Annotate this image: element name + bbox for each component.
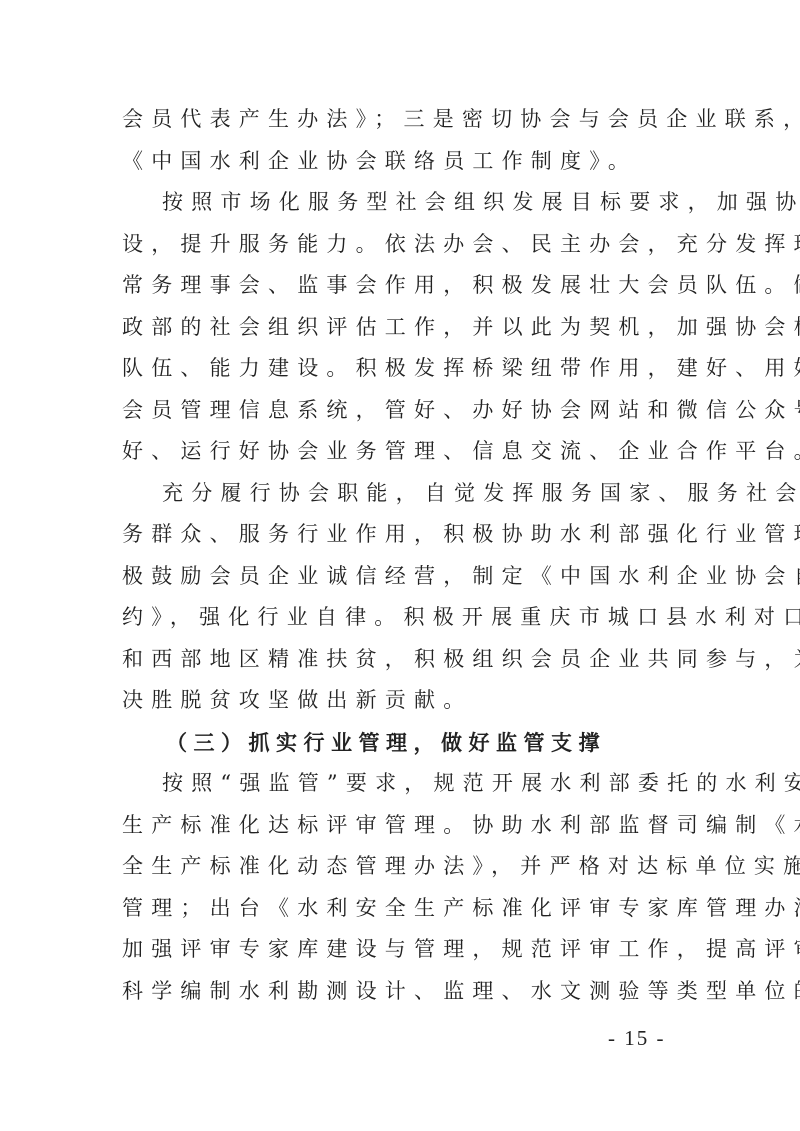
text-line: 约》，强化行业自律。积极开展重庆市城口县水利对口扶贫 [122,597,684,639]
text-line: 《中国水利企业协会联络员工作制度》。 [122,141,684,183]
text-line: 政部的社会组织评估工作，并以此为契机，加强协会机构、 [122,307,684,349]
document-page: 会员代表产生办法》；三是密切协会与会员企业联系，制定 《中国水利企业协会联络员工… [0,0,800,1131]
text-line: 决胜脱贫攻坚做出新贡献。 [122,680,684,722]
text-line: 常务理事会、监事会作用，积极发展壮大会员队伍。做好民 [122,265,684,307]
text-line: 管理；出台《水利安全生产标准化评审专家库管理办法》， [122,888,684,930]
text-line: 好、运行好协会业务管理、信息交流、企业合作平台。 [122,431,684,473]
text-line: 科学编制水利勘测设计、监理、水文测验等类型单位的安全 [122,971,684,1013]
paragraph-start-line: 按照市场化服务型社会组织发展目标要求，加强协会建 [122,182,684,224]
paragraph-start-line: 按照“强监管”要求，规范开展水利部委托的水利安全 [122,763,684,805]
text-line: 全生产标准化动态管理办法》，并严格对达标单位实施动态 [122,846,684,888]
text-line: 生产标准化达标评审管理。协助水利部监督司编制《水利安 [122,805,684,847]
text-line: 加强评审专家库建设与管理，规范评审工作，提高评审质量； [122,929,684,971]
text-line: 会员代表产生办法》；三是密切协会与会员企业联系，制定 [122,99,684,141]
section-heading: （三）抓实行业管理，做好监管支撑 [122,722,684,764]
text-line: 务群众、服务行业作用，积极协助水利部强化行业管理。积 [122,514,684,556]
text-line: 极鼓励会员企业诚信经营，制定《中国水利企业协会自律公 [122,556,684,598]
text-line: 设，提升服务能力。依法办会、民主办会，充分发挥理事会、 [122,224,684,266]
paragraph-start-line: 充分履行协会职能，自觉发挥服务国家、服务社会、服 [122,473,684,515]
text-line: 队伍、能力建设。积极发挥桥梁纽带作用，建好、用好协会 [122,348,684,390]
page-number: - 15 - [608,1026,666,1051]
document-body: 会员代表产生办法》；三是密切协会与会员企业联系，制定 《中国水利企业协会联络员工… [122,99,684,1012]
text-line: 和西部地区精准扶贫，积极组织会员企业共同参与，为决战 [122,639,684,681]
text-line: 会员管理信息系统，管好、办好协会网站和微信公众号，搭 [122,390,684,432]
